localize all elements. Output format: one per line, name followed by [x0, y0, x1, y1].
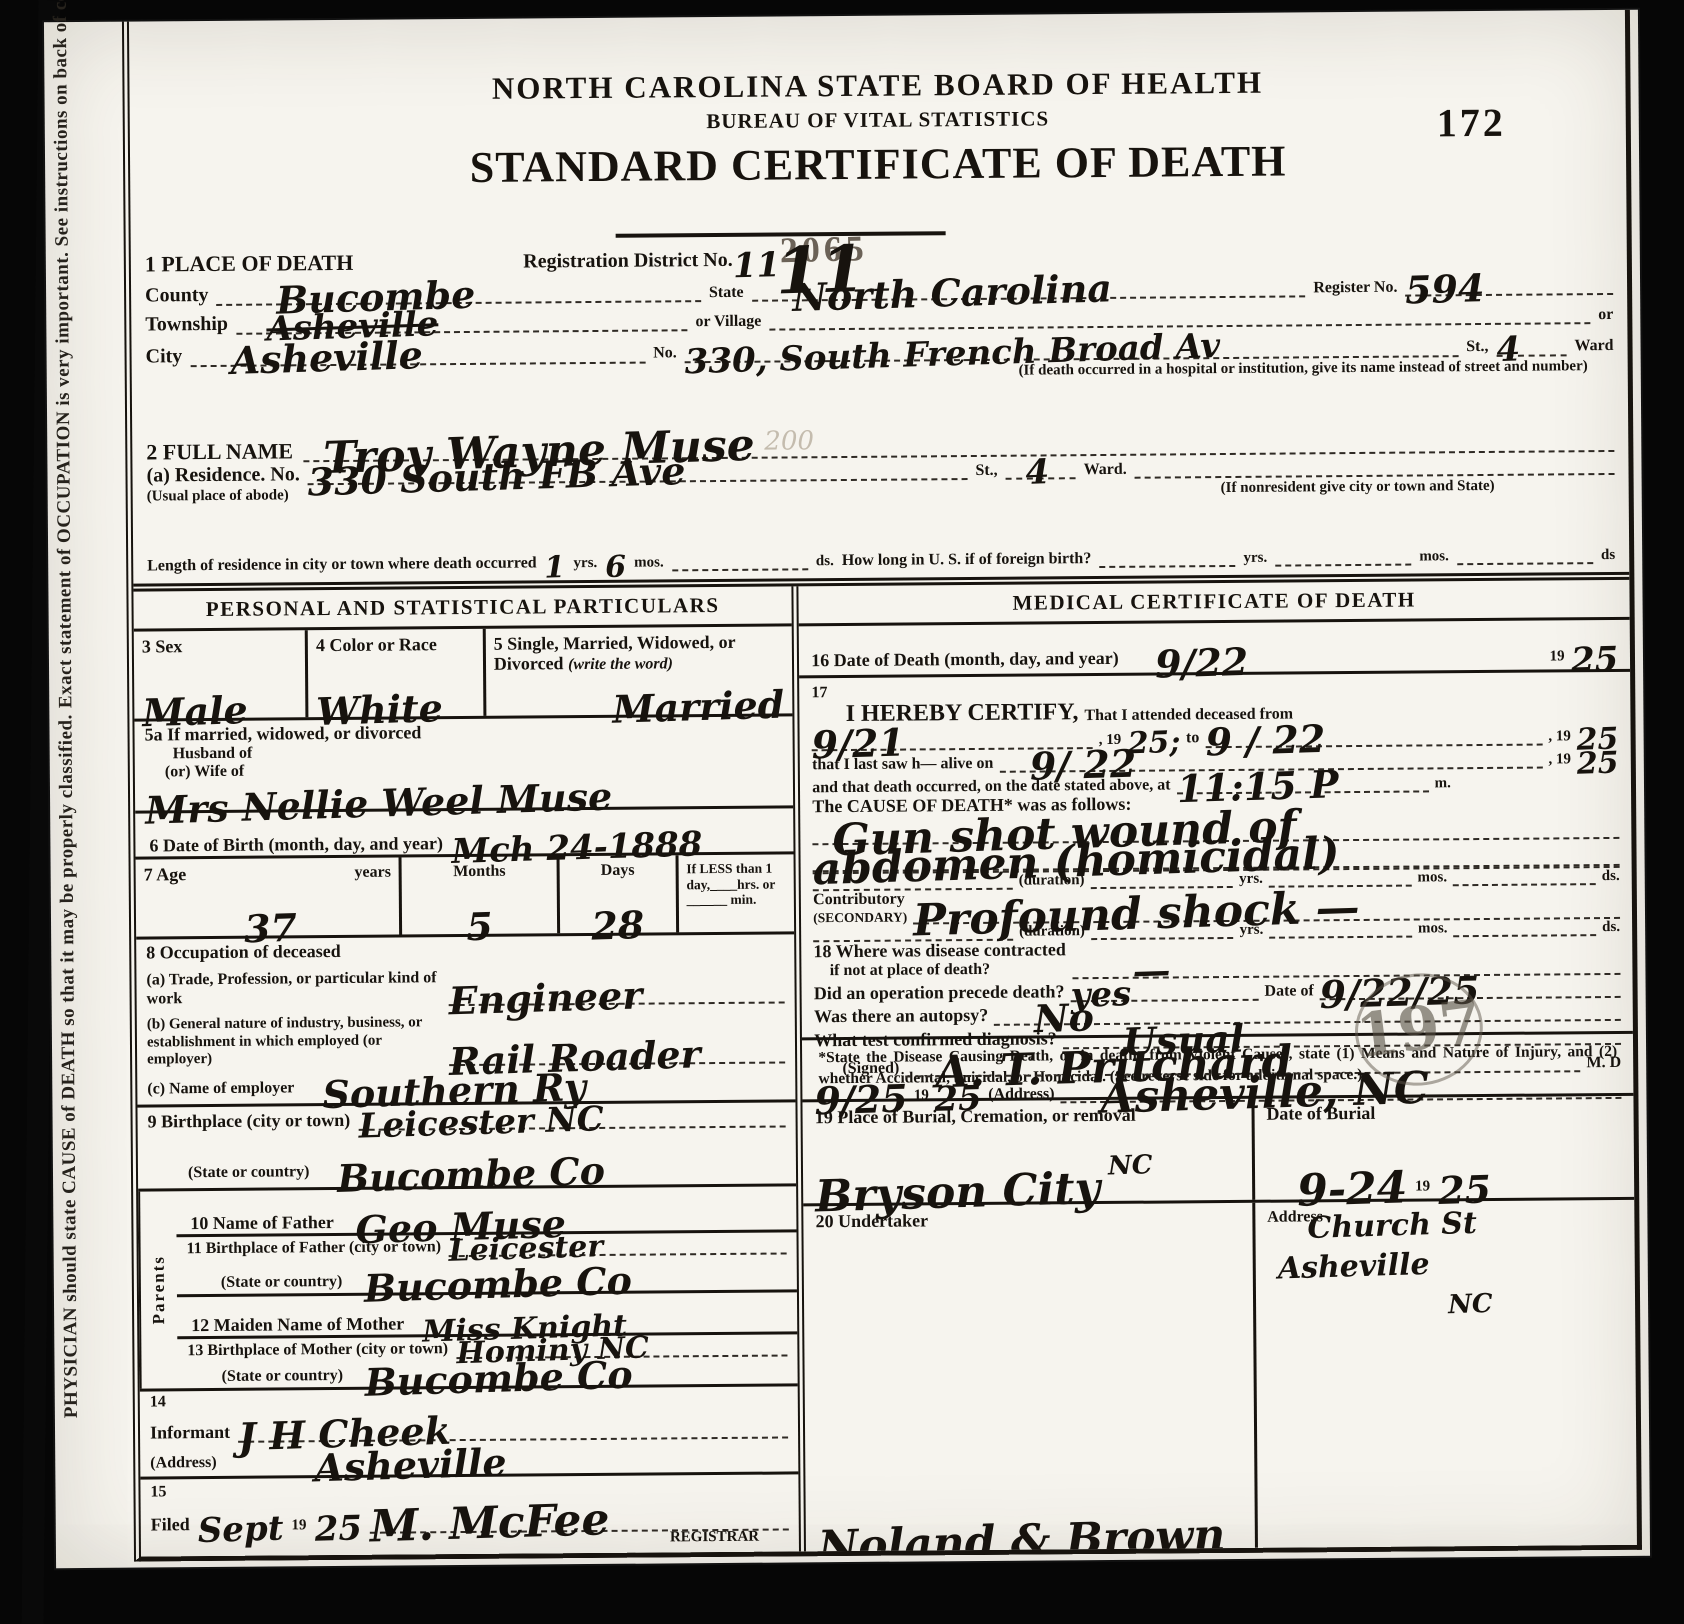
- occupation-trade-label: (a) Trade, Profession, or particular kin…: [146, 969, 440, 1008]
- operation-date-label: Date of: [1264, 982, 1313, 1001]
- dob-value: Mch 24-1888: [451, 830, 703, 867]
- age-label: 7 Age: [144, 865, 187, 934]
- medical-title: MEDICAL CERTIFICATE OF DEATH: [799, 580, 1630, 627]
- or-village-label: or Village: [695, 313, 761, 332]
- burial-date-19: 19: [1415, 1179, 1430, 1196]
- md-label: M. D: [1586, 1053, 1621, 1072]
- residence-row: (a) Residence. No. 330 South FB Ave St.,…: [132, 452, 1629, 534]
- burial-date-value: 9-24: [1296, 1170, 1407, 1211]
- age-months-value: 5: [410, 908, 550, 945]
- duration1-ds: ds.: [1602, 868, 1620, 885]
- age-years-value: 37: [244, 911, 298, 945]
- township-label: Township: [145, 314, 228, 336]
- certify-number: 17: [811, 684, 827, 703]
- last-saw-year: 25: [1577, 750, 1620, 777]
- attended-to-date: 9 / 22: [1205, 722, 1326, 758]
- undertaker-row: 20 Undertaker Noland & Brown Address Chu…: [804, 1199, 1637, 1551]
- physician-address-value: Asheville, NC: [1100, 1070, 1429, 1117]
- length-mos-value: 6: [605, 554, 627, 580]
- disease-contracted-label2: if not at place of death?: [814, 961, 1066, 981]
- last-saw-date: 9/ 22: [1029, 747, 1136, 783]
- operation-label: Did an operation precede death?: [814, 982, 1065, 1004]
- autopsy-value: No: [1034, 1001, 1095, 1035]
- attended-from-date: 9/21: [811, 726, 905, 761]
- residence-label: (a) Residence. No.: [146, 465, 299, 487]
- cause-line2: abdomen (homicidal): [812, 835, 1340, 888]
- state-label: State: [709, 284, 744, 303]
- filed-month-value: Sept: [197, 1514, 284, 1545]
- length-ds-label: ds.: [816, 553, 834, 570]
- contributory-value: Profound shock —: [913, 889, 1361, 940]
- ward-label: Ward: [1574, 337, 1613, 356]
- duration2-ds: ds.: [1602, 919, 1620, 936]
- us-mos-label: mos.: [1419, 548, 1449, 565]
- father-label: 10 Name of Father: [190, 1213, 334, 1234]
- residence-ward-value: 4: [1025, 459, 1050, 489]
- street-no-label: No.: [653, 345, 677, 364]
- burial-place-state: NC: [1108, 1154, 1153, 1177]
- certificate-title: STANDARD CERTIFICATE OF DEATH: [130, 133, 1626, 196]
- city-ward-value: 4: [1496, 335, 1521, 365]
- mother-bp-state-value: Bucombe Co: [365, 1358, 634, 1398]
- parents-vertical-label: Parents: [138, 1191, 178, 1388]
- marital-value: Married: [612, 688, 785, 726]
- undertaker-address-line3: NC: [1448, 1289, 1624, 1316]
- county-row: County Bucombe State North Carolina Regi…: [131, 272, 1627, 307]
- register-no-label: Register No.: [1313, 279, 1397, 298]
- death-time-m: m.: [1435, 775, 1451, 792]
- margin-note-line1: PHYSICIAN should state CAUSE of DEATH so…: [55, 714, 131, 1418]
- birthplace-state-label: (State or country): [148, 1163, 310, 1183]
- date-of-death-row: 16 Date of Death (month, day, and year) …: [799, 620, 1630, 679]
- to-19: , 19: [1548, 728, 1571, 745]
- residence-value: 330 South FB Ave: [307, 455, 686, 499]
- race-value: White: [316, 691, 476, 728]
- place-of-death-label: 1 PLACE OF DEATH: [145, 251, 354, 276]
- length-yrs-value: 1: [544, 554, 566, 580]
- length-label: Length of residence in city or town wher…: [147, 554, 537, 575]
- city-value: Asheville: [230, 339, 423, 377]
- us-length-label: How long in U. S. if of foreign birth?: [842, 550, 1092, 570]
- st-label: St.,: [1466, 338, 1488, 357]
- autopsy-label: Was there an autopsy?: [814, 1006, 988, 1027]
- race-label: 4 Color or Race: [316, 635, 475, 656]
- registration-district-value: 11: [732, 251, 780, 281]
- birthplace-label: 9 Birthplace (city or town): [148, 1111, 351, 1132]
- scanned-death-certificate: PHYSICIAN should state CAUSE of DEATH so…: [0, 0, 1684, 1624]
- duration2-mos: mos.: [1418, 920, 1448, 937]
- abode-note: (Usual place of abode): [147, 488, 289, 506]
- age-years-label: years: [354, 864, 391, 933]
- disease-contracted-value: —: [1132, 954, 1171, 987]
- margin-instructions: PHYSICIAN should state CAUSE of DEATH so…: [50, 72, 131, 1419]
- sign-19: 19: [914, 1087, 929, 1104]
- personal-column: PERSONAL AND STATISTICAL PARTICULARS 3 S…: [133, 586, 799, 1556]
- to-label: to: [1186, 730, 1199, 748]
- dod-19: 19: [1550, 648, 1565, 665]
- place-of-death-section: 11 1 PLACE OF DEATH Registration Distric…: [131, 220, 1628, 410]
- sign-date-value: 9/25: [814, 1082, 908, 1117]
- us-ds-label: ds: [1601, 547, 1615, 564]
- secondary-label: (SECONDARY): [813, 909, 907, 925]
- mother-bp-state-label: (State or country): [188, 1367, 344, 1387]
- certificate-form: 172 NORTH CAROLINA STATE BOARD OF HEALTH…: [122, 10, 1642, 1562]
- undertaker-address-line1: Church St: [1307, 1206, 1623, 1241]
- marital-note: (write the word): [568, 655, 673, 673]
- parents-block: Parents 10 Name of Father Geo Muse 11 Bi…: [138, 1186, 798, 1391]
- sex-value: Male: [142, 692, 298, 729]
- age-less-than-note: If LESS than 1 day,____hrs. or ______ mi…: [686, 860, 786, 907]
- sex-label: 3 Sex: [142, 636, 297, 657]
- or-label: or: [1598, 306, 1613, 325]
- county-label: County: [145, 285, 209, 306]
- register-no-value: 594: [1405, 272, 1485, 307]
- mother-birthplace-row: 13 Birthplace of Mother (city or town) H…: [177, 1334, 798, 1388]
- employer-label: (c) Name of employer: [147, 1079, 294, 1099]
- informant-address-label: (Address): [150, 1454, 217, 1473]
- city-label: City: [145, 346, 182, 367]
- certification-block: 197 17 I HEREBY CERTIFY, That I attended…: [799, 672, 1633, 1038]
- district-handwritten-overlay: 11: [775, 243, 866, 300]
- certificate-page: PHYSICIAN should state CAUSE of DEATH so…: [44, 10, 1650, 1568]
- filed-19: 19: [291, 1517, 306, 1534]
- sex-race-marital-row: 3 Sex Male 4 Color or Race White 5 Singl…: [134, 626, 793, 721]
- last-saw-19: , 19: [1548, 751, 1571, 768]
- length-mos-label: mos.: [634, 554, 664, 571]
- informant-label: Informant: [150, 1423, 230, 1443]
- length-yrs-label: yrs.: [573, 555, 597, 572]
- us-yrs-label: yrs.: [1243, 549, 1267, 566]
- age-days-value: 28: [568, 908, 668, 943]
- birthplace-value: Leicester NC: [358, 1105, 604, 1141]
- personal-title: PERSONAL AND STATISTICAL PARTICULARS: [133, 586, 792, 631]
- mother-label: 12 Maiden Name of Mother: [191, 1315, 404, 1336]
- father-birthplace-row: 11 Birthplace of Father (city or town) L…: [177, 1232, 798, 1297]
- residence-ward-label: Ward.: [1084, 461, 1127, 480]
- full-name-label: 2 FULL NAME: [146, 439, 293, 463]
- filed-block: 15 Filed Sept 19 25 M. McFee REGISTRAR: [140, 1474, 799, 1556]
- birthplace-block: 9 Birthplace (city or town) Leicester NC…: [137, 1102, 796, 1191]
- medical-column: MEDICAL CERTIFICATE OF DEATH 16 Date of …: [792, 580, 1637, 1552]
- duration1-mos: mos.: [1417, 869, 1447, 886]
- residence-st-label: St.,: [975, 462, 997, 481]
- dod-label: 16 Date of Death (month, day, and year): [811, 649, 1119, 671]
- filed-label: Filed: [151, 1515, 190, 1535]
- burial-date-year: 25: [1438, 1174, 1492, 1208]
- registrar-signature: M. McFee: [369, 1502, 610, 1547]
- filed-year-value: 25: [314, 1514, 362, 1544]
- burial-place-value: Bryson City: [815, 1170, 1101, 1216]
- undertaker-value: Noland & Brown: [818, 1516, 1244, 1562]
- certificate-number: 172: [1437, 99, 1506, 147]
- birthplace-state-value: Bucombe Co: [337, 1155, 606, 1195]
- death-time-value: 11:15 P: [1176, 768, 1339, 805]
- margin-note-line2: Exact statement of OCCUPATION is very im…: [49, 0, 125, 708]
- registrar-label: REGISTRAR: [670, 1528, 759, 1546]
- undertaker-address-line2: Asheville: [1277, 1246, 1623, 1282]
- form-header: 172 NORTH CAROLINA STATE BOARD OF HEALTH…: [129, 10, 1627, 232]
- sign-year-value: 25: [934, 1085, 982, 1115]
- nonresident-note: (If nonresident give city or town and St…: [1221, 477, 1615, 497]
- father-bp-state-label: (State or country): [187, 1273, 343, 1293]
- registration-district-label: Registration District No.: [523, 250, 733, 273]
- board-title: NORTH CAROLINA STATE BOARD OF HEALTH: [129, 62, 1625, 110]
- father-bp-state-value: Bucombe Co: [364, 1264, 633, 1304]
- form-columns: PERSONAL AND STATISTICAL PARTICULARS 3 S…: [133, 580, 1637, 1557]
- occupation-block: 8 Occupation of deceased (a) Trade, Prof…: [136, 934, 796, 1107]
- occupation-industry-label: (b) General nature of industry, business…: [147, 1015, 441, 1069]
- full-name-pencil-notation: 200: [764, 426, 814, 456]
- occupation-trade-value: Engineer: [448, 979, 643, 1017]
- registration-row: 1 PLACE OF DEATH Registration District N…: [131, 222, 1627, 276]
- dob-label: 6 Date of Birth (month, day, and year): [149, 834, 443, 856]
